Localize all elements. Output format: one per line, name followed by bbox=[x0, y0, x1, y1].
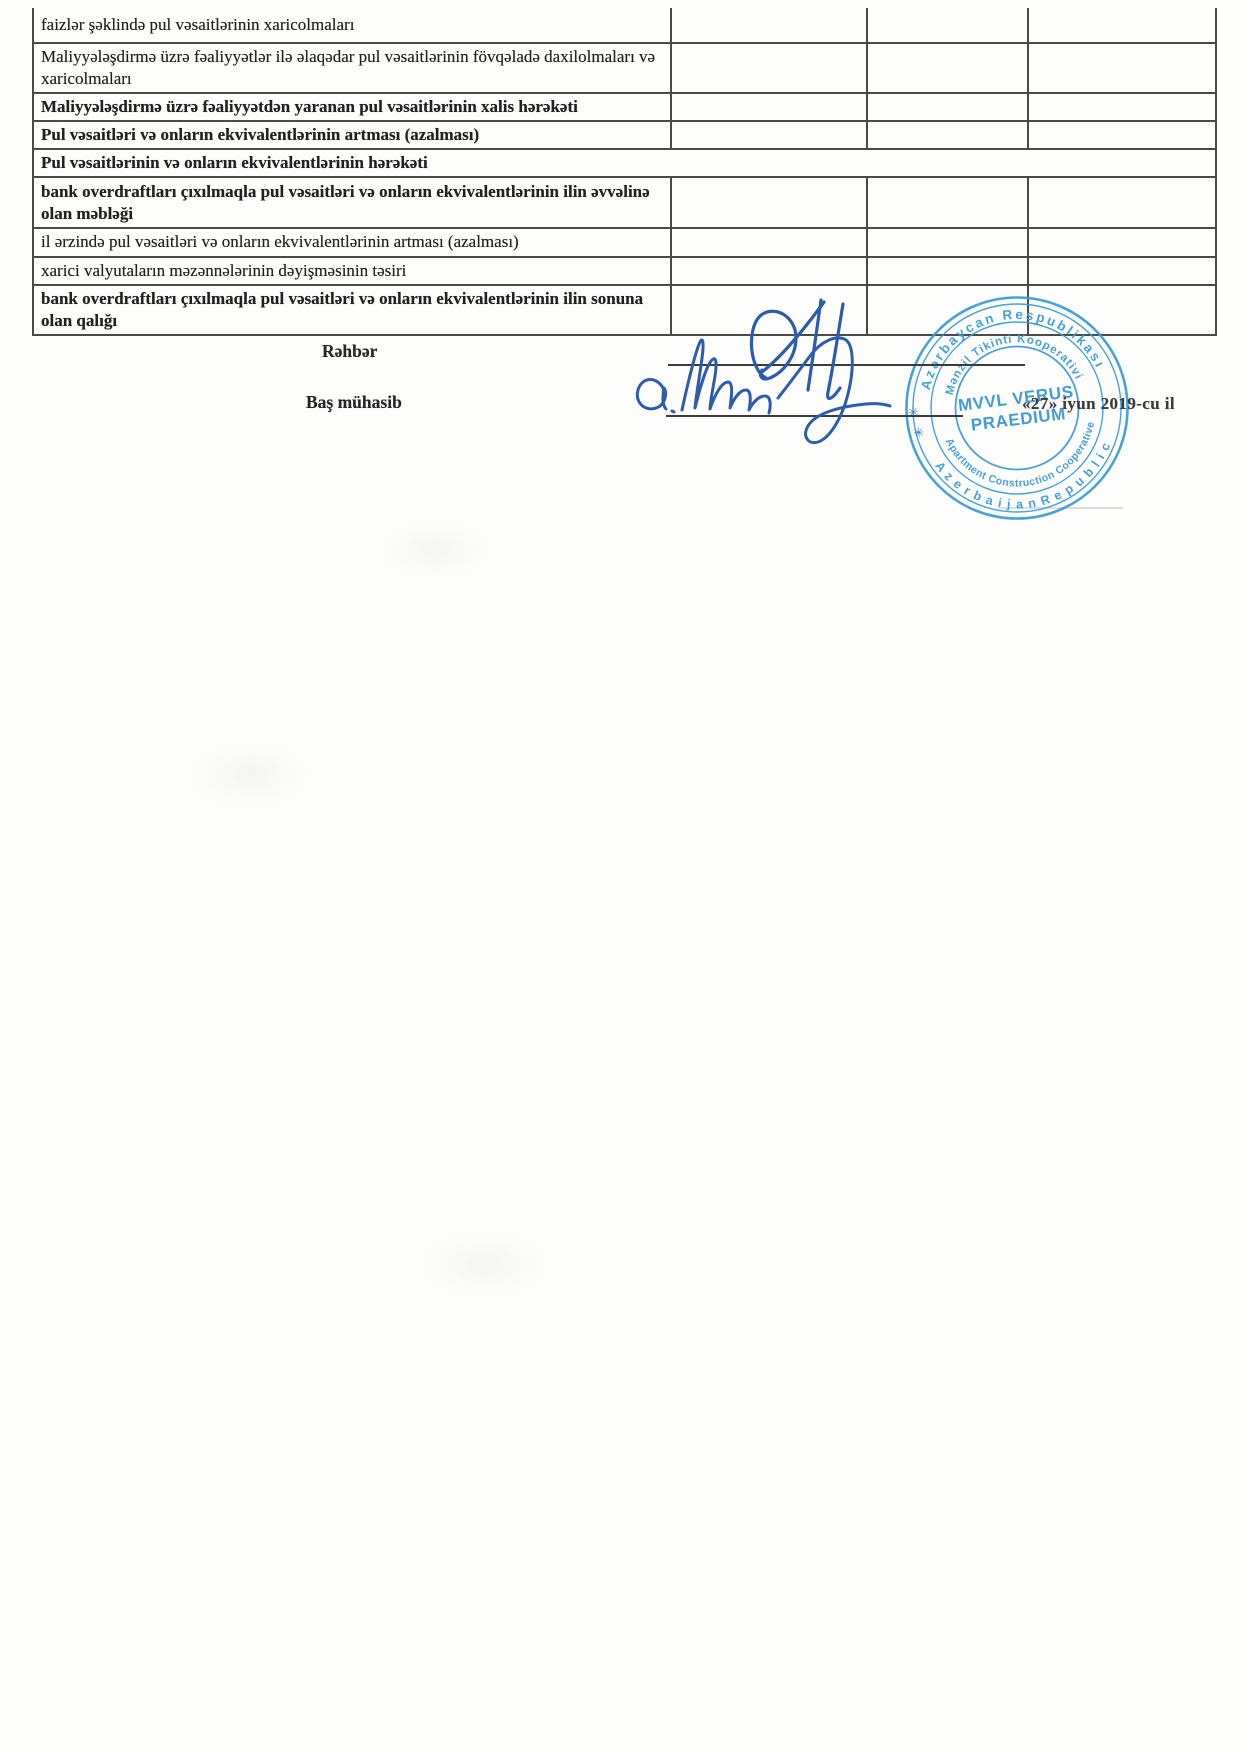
stamp-star-icon: ✳ bbox=[912, 425, 925, 441]
value-cell bbox=[867, 121, 1028, 149]
value-cell bbox=[671, 93, 867, 121]
value-cell bbox=[1028, 43, 1216, 93]
value-cell bbox=[1028, 8, 1216, 43]
value-cell bbox=[1028, 93, 1216, 121]
table-row: Maliyyələşdirmə üzrə fəaliyyətlər ilə əl… bbox=[33, 43, 1216, 93]
value-cell bbox=[867, 228, 1028, 256]
table-row: Pul vəsaitləri və onların ekvivalentləri… bbox=[33, 121, 1216, 149]
value-cell bbox=[867, 43, 1028, 93]
handwritten-signatures bbox=[600, 278, 910, 458]
value-cell bbox=[671, 121, 867, 149]
row-label: Pul vəsaitlərinin və onların ekvivalentl… bbox=[33, 149, 1216, 177]
value-cell bbox=[671, 177, 867, 228]
value-cell bbox=[867, 177, 1028, 228]
row-label: bank overdraftları çıxılmaqla pul vəsait… bbox=[33, 177, 671, 228]
value-cell bbox=[1028, 228, 1216, 256]
scan-smudge bbox=[420, 1230, 550, 1300]
row-label: faizlər şəklində pul vəsaitlərinin xaric… bbox=[33, 8, 671, 43]
row-label: bank overdraftları çıxılmaqla pul vəsait… bbox=[33, 285, 671, 335]
date-text: «27» iyun 2019-cu il bbox=[1022, 394, 1175, 414]
row-label: Pul vəsaitləri və onların ekvivalentləri… bbox=[33, 121, 671, 149]
row-label: xarici valyutaların məzənnələrinin dəyiş… bbox=[33, 257, 671, 285]
table-row: faizlər şəklində pul vəsaitlərinin xaric… bbox=[33, 8, 1216, 43]
accountant-signature bbox=[637, 338, 890, 443]
table-row: il ərzində pul vəsaitləri və onların ekv… bbox=[33, 228, 1216, 256]
director-signature bbox=[751, 300, 843, 398]
value-cell bbox=[1028, 257, 1216, 285]
value-cell bbox=[671, 43, 867, 93]
chief-accountant-label: Baş mühasib bbox=[306, 392, 402, 413]
value-cell bbox=[1028, 177, 1216, 228]
scan-smudge bbox=[380, 520, 490, 580]
value-cell bbox=[671, 228, 867, 256]
section-row: Pul vəsaitlərinin və onların ekvivalentl… bbox=[33, 149, 1216, 177]
table-row: Maliyyələşdirmə üzrə fəaliyyətdən yarana… bbox=[33, 93, 1216, 121]
value-cell bbox=[1028, 121, 1216, 149]
row-label: il ərzində pul vəsaitləri və onların ekv… bbox=[33, 228, 671, 256]
scan-smudge bbox=[190, 740, 310, 810]
value-cell bbox=[867, 8, 1028, 43]
scanned-document-page: { "document": { "table": { "rows": [ {"l… bbox=[0, 0, 1242, 1754]
value-cell bbox=[671, 8, 867, 43]
value-cell bbox=[867, 93, 1028, 121]
row-label: Maliyyələşdirmə üzrə fəaliyyətdən yarana… bbox=[33, 93, 671, 121]
table-row: bank overdraftları çıxılmaqla pul vəsait… bbox=[33, 177, 1216, 228]
row-label: Maliyyələşdirmə üzrə fəaliyyətlər ilə əl… bbox=[33, 43, 671, 93]
director-label: Rəhbər bbox=[322, 341, 377, 362]
